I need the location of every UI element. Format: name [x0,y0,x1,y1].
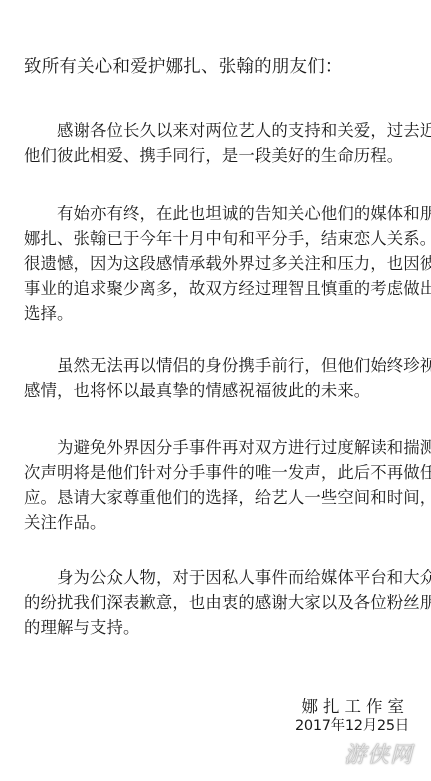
paragraph-line: 娜扎、张翰已于今年十月中旬和平分手，结束恋人关系。我们 [24,226,412,251]
paragraph-line: 选择。 [24,301,412,326]
paragraph-gratitude: 感谢各位长久以来对两位艺人的支持和关爱，过去近三年 他们彼此相爱、携手同行，是一… [24,118,412,168]
paragraph-line: 感情，也将怀以最真挚的情感祝福彼此的未来。 [24,378,412,403]
paragraph-breakup-announcement: 有始亦有终，在此也坦诚的告知关心他们的媒体和朋友： 娜扎、张翰已于今年十月中旬和… [24,201,412,326]
paragraph-line: 为避免外界因分手事件再对双方进行过度解读和揣测，此 [24,435,412,460]
paragraph-request-privacy: 为避免外界因分手事件再对双方进行过度解读和揣测，此 次声明将是他们针对分手事件的… [24,435,412,535]
paragraph-line: 有始亦有终，在此也坦诚的告知关心他们的媒体和朋友： [24,201,412,226]
paragraph-line: 事业的追求聚少离多，故双方经过理智且慎重的考虑做出此番 [24,276,412,301]
paragraph-line: 关注作品。 [24,510,412,535]
paragraph-line: 他们彼此相爱、携手同行，是一段美好的生命历程。 [24,143,412,168]
watermark-logo: 游侠网 [344,738,413,769]
paragraph-line: 的纷扰我们深表歉意，也由衷的感谢大家以及各位粉丝朋友们 [24,590,412,615]
paragraph-blessing: 虽然无法再以情侣的身份携手前行，但他们始终珍视这份 感情，也将怀以最真挚的情感祝… [24,353,412,403]
paragraph-line: 很遗憾，因为这段感情承载外界过多关注和压力，也因彼此对 [24,251,412,276]
paragraph-line: 感谢各位长久以来对两位艺人的支持和关爱，过去近三年 [24,118,412,143]
paragraph-line: 的理解与支持。 [24,615,412,640]
signature-date: 2017年12月25日 [295,714,409,735]
paragraph-line: 应。恳请大家尊重他们的选择，给艺人一些空间和时间，多多 [24,485,412,510]
paragraph-line: 虽然无法再以情侣的身份携手前行，但他们始终珍视这份 [24,353,412,378]
paragraph-line: 次声明将是他们针对分手事件的唯一发声，此后不再做任何回 [24,460,412,485]
paragraph-apology: 身为公众人物，对于因私人事件而给媒体平台和大众带来 的纷扰我们深表歉意，也由衷的… [24,565,412,640]
paragraph-line: 身为公众人物，对于因私人事件而给媒体平台和大众带来 [24,565,412,590]
salutation: 致所有关心和爱护娜扎、张翰的朋友们： [24,55,343,79]
